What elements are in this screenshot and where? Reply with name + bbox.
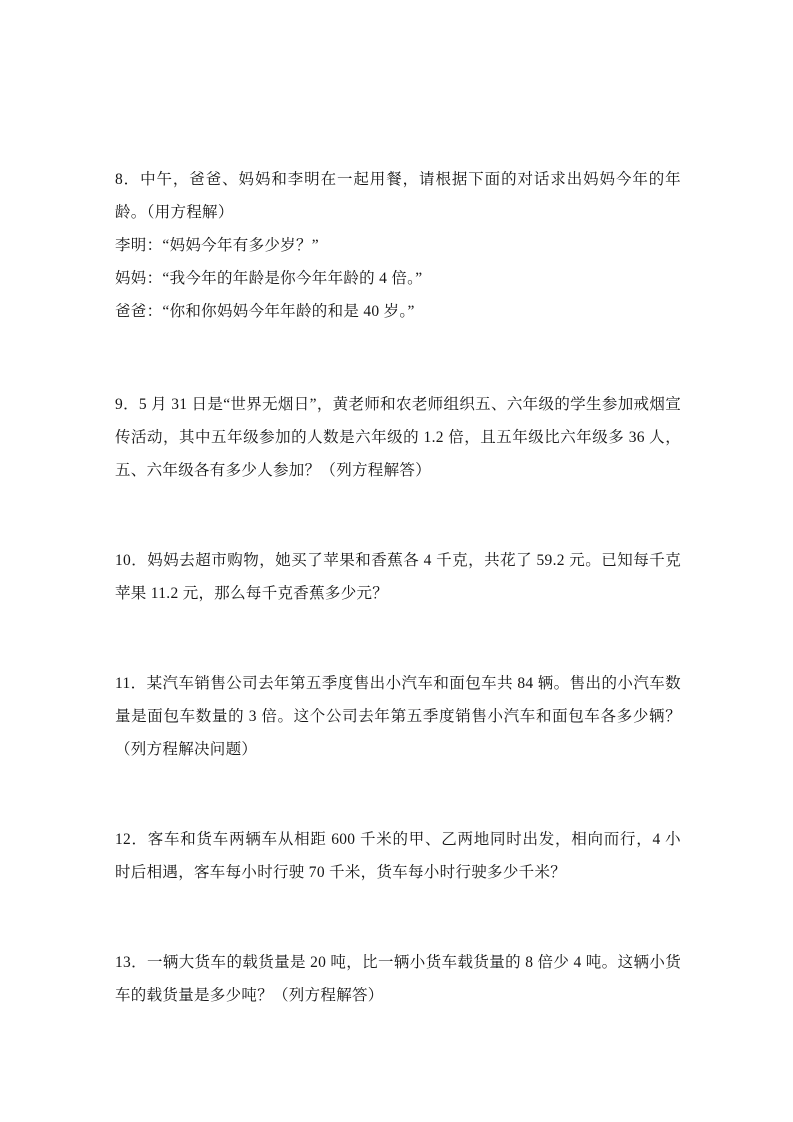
worksheet-page: 8．中午，爸爸、妈妈和李明在一起用餐，请根据下面的对话求出妈妈今年的年龄。（用方…	[0, 0, 793, 1122]
problem-10-text: 10．妈妈去超市购物，她买了苹果和香蕉各 4 千克，共花了 59.2 元。已知每…	[115, 544, 681, 610]
problem-11-text: 11．某汽车销售公司去年第五季度售出小汽车和面包车共 84 辆。售出的小汽车数量…	[115, 667, 681, 766]
problem-13-text: 13．一辆大货车的载货量是 20 吨，比一辆小货车载货量的 8 倍少 4 吨。这…	[115, 946, 681, 1012]
problem-8-dialogue-mama: 妈妈：“我今年的年龄是你今年年龄的 4 倍。”	[115, 262, 681, 295]
problem-9-text: 9．5 月 31 日是“世界无烟日”，黄老师和农老师组织五、六年级的学生参加戒烟…	[115, 388, 681, 487]
problem-12-text: 12．客车和货车两辆车从相距 600 千米的甲、乙两地同时出发，相向而行，4 小…	[115, 823, 681, 889]
worksheet-content: 8．中午，爸爸、妈妈和李明在一起用餐，请根据下面的对话求出妈妈今年的年龄。（用方…	[115, 163, 681, 1069]
problem-8-dialogue-baba: 爸爸：“你和你妈妈今年年龄的和是 40 岁。”	[115, 295, 681, 328]
problem-8-dialogue-liming: 李明：“妈妈今年有多少岁？”	[115, 229, 681, 262]
problem-8-text: 8．中午，爸爸、妈妈和李明在一起用餐，请根据下面的对话求出妈妈今年的年龄。（用方…	[115, 163, 681, 229]
